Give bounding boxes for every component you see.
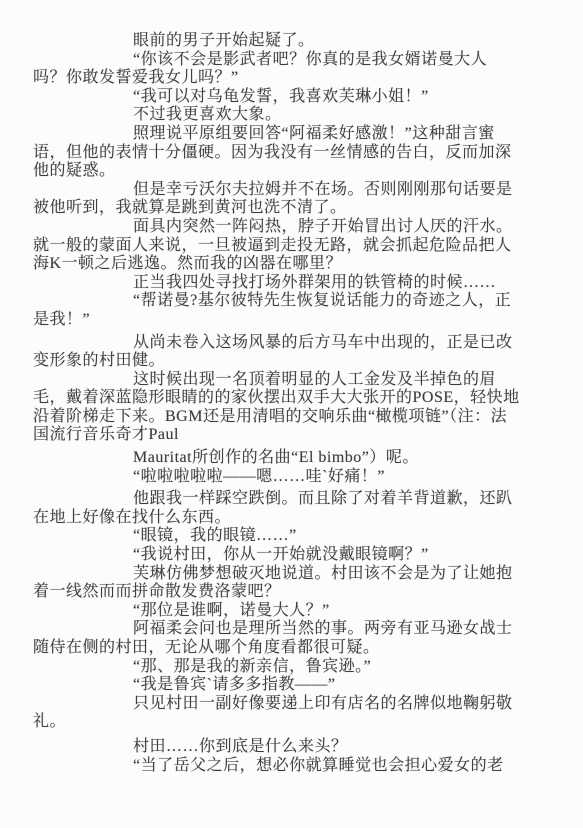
text-line: 是我！” bbox=[33, 311, 550, 330]
page-text: 眼前的男子开始起疑了。“你该不会是影武者吧？你真的是我女婿诺曼大人吗？你敢发誓爱… bbox=[33, 32, 550, 775]
text-line: 只见村田一副好像要递上印有店名的名牌似地鞠躬敬 bbox=[33, 695, 550, 714]
text-line: 国流行音乐奇才Paul bbox=[33, 426, 550, 445]
text-line: “那位是谁啊，诺曼大人？” bbox=[33, 602, 550, 621]
text-line: 吗？你敢发誓爱我女儿吗？” bbox=[33, 69, 550, 88]
text-line: 阿福柔会问也是理所当然的事。两旁有亚马逊女战士 bbox=[33, 620, 550, 639]
text-line: 他的疑惑。 bbox=[33, 162, 550, 181]
text-line: 村田……你到底是什么来头？ bbox=[33, 738, 550, 757]
text-line: 正当我四处寻找打场外群架用的铁管椅的时候…… bbox=[33, 274, 550, 293]
text-line: “我可以对乌龟发誓，我喜欢芙琳小姐！” bbox=[33, 88, 550, 107]
text-line: 这时候出现一名顶着明显的人工金发及半掉色的眉 bbox=[33, 371, 550, 390]
text-line: 变形象的村田健。 bbox=[33, 352, 550, 371]
text-line: “我是鲁宾`请多多指教——” bbox=[33, 676, 550, 695]
text-line: “当了岳父之后，想必你就算睡觉也会担心爱女的老 bbox=[33, 757, 550, 776]
text-line: 但是幸亏沃尔夫拉姆并不在场。否则刚刚那句话要是 bbox=[33, 181, 550, 200]
text-line: 礼。 bbox=[33, 713, 550, 732]
text-line: “我说村田，你从一开始就没戴眼镜啊？” bbox=[33, 546, 550, 565]
text-line: 他跟我一样踩空跌倒。而且除了对着羊背道歉，还趴 bbox=[33, 490, 550, 509]
text-line: “那、那是我的新亲信，鲁宾逊。” bbox=[33, 658, 550, 677]
text-line: Mauritat所创作的名曲“El bimbo”）呢。 bbox=[33, 449, 550, 468]
text-line: 语，但他的表情十分僵硬。因为我没有一丝情感的告白，反而加深 bbox=[33, 144, 550, 163]
document-page: 眼前的男子开始起疑了。“你该不会是影武者吧？你真的是我女婿诺曼大人吗？你敢发誓爱… bbox=[0, 0, 583, 828]
text-line: 在地上好像在找什么东西。 bbox=[33, 509, 550, 528]
text-line: “啦啦啦啦啦——嗯……哇`好痛！” bbox=[33, 468, 550, 487]
text-line: 就一般的蒙面人来说，一旦被逼到走投无路，就会抓起危险品把人 bbox=[33, 237, 550, 256]
text-line: 芙琳仿佛梦想破灭地说道。村田该不会是为了让她抱 bbox=[33, 565, 550, 584]
text-line: 面具内突然一阵闷热，脖子开始冒出讨人厌的汗水。 bbox=[33, 218, 550, 237]
text-line: 照理说平原组要回答“阿福柔好感激！”这种甜言蜜 bbox=[33, 125, 550, 144]
text-line: “你该不会是影武者吧？你真的是我女婿诺曼大人 bbox=[33, 51, 550, 70]
text-line: 随侍在侧的村田，无论从哪个角度看都很可疑。 bbox=[33, 639, 550, 658]
text-line: 被他听到，我就算是跳到黄河也洗不清了。 bbox=[33, 199, 550, 218]
text-line: 从尚未卷入这场风暴的后方马车中出现的，正是已改 bbox=[33, 334, 550, 353]
text-line: 毛，戴着深蓝隐形眼睛的的家伙摆出双手大大张开的POSE，轻快地 bbox=[33, 389, 550, 408]
text-line: 着一线然而而拼命散发费洛蒙吧？ bbox=[33, 583, 550, 602]
text-line: “眼镜，我的眼镜……” bbox=[33, 527, 550, 546]
text-line: 沿着阶梯走下来。BGM还是用清唱的交响乐曲“橄榄项链”（注：法 bbox=[33, 408, 550, 427]
text-line: 不过我更喜欢大象。 bbox=[33, 106, 550, 125]
text-line: 海K一顿之后逃逸。然而我的凶器在哪里？ bbox=[33, 255, 550, 274]
text-line: 眼前的男子开始起疑了。 bbox=[33, 32, 550, 51]
text-line: “帮诺曼?基尔彼特先生恢复说话能力的奇迹之人，正 bbox=[33, 292, 550, 311]
